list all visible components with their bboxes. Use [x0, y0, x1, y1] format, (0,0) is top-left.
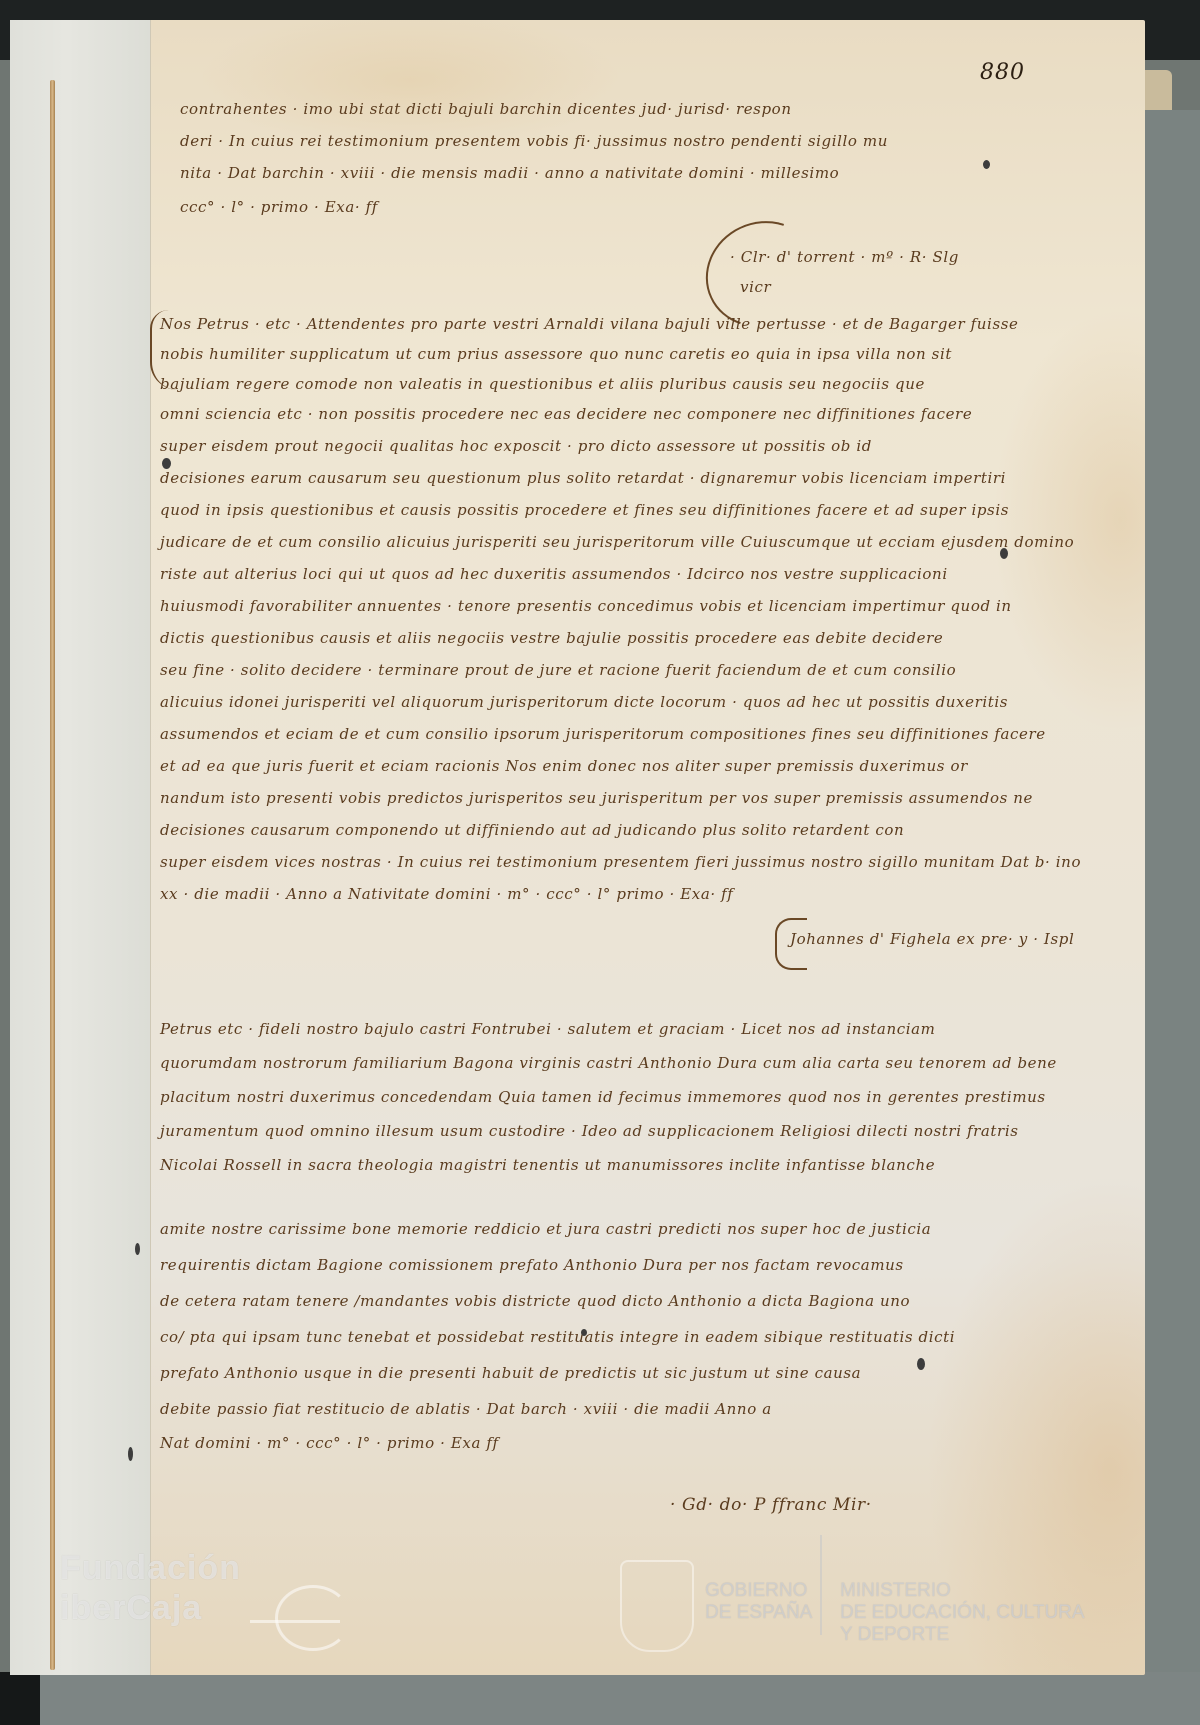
scanner-background-corner [0, 1672, 40, 1725]
ministerio-watermark: MINISTERIO DE EDUCACIÓN, CULTURA Y DEPOR… [840, 1580, 1085, 1646]
fundacion-ibercaja-watermark: Fundación iberCaja [60, 1548, 241, 1628]
manuscript-line: riste aut alterius loci qui ut quos ad h… [160, 565, 948, 583]
manuscript-line: assumendos et eciam de et cum consilio i… [160, 725, 1046, 743]
manuscript-line: xx · die madii · Anno a Nativitate domin… [160, 885, 733, 903]
worm-hole [917, 1358, 925, 1370]
worm-hole [128, 1447, 133, 1461]
manuscript-line: juramentum quod omnino illesum usum cust… [160, 1122, 1019, 1140]
manuscript-line: super eisdem prout negocii qualitas hoc … [160, 437, 872, 455]
ibercaja-logo-icon [275, 1585, 351, 1651]
chancery-note-line: vicr [740, 278, 771, 296]
manuscript-line: Nos Petrus · etc · Attendentes pro parte… [160, 315, 1019, 333]
manuscript-line: co/ pta qui ipsam tunc tenebat et possid… [160, 1328, 955, 1346]
manuscript-line: requirentis dictam Bagione comissionem p… [160, 1256, 904, 1274]
chancery-note-line: · Clr· d' torrent · mº · R· Slg [730, 248, 959, 266]
manuscript-line: Petrus etc · fideli nostro bajulo castri… [160, 1020, 936, 1038]
manuscript-line: et ad ea que juris fuerit et eciam racio… [160, 757, 968, 775]
manuscript-line: ccc° · l° · primo · Exa· ff [180, 198, 378, 216]
manuscript-line: decisiones earum causarum seu questionum… [160, 469, 1006, 487]
manuscript-line: judicare de et cum consilio alicuius jur… [160, 533, 1074, 551]
manuscript-line: de cetera ratam tenere /mandantes vobis … [160, 1292, 910, 1310]
watermark-text: DE ESPAÑA [705, 1602, 812, 1624]
paper-guard-strip [10, 20, 151, 1675]
manuscript-line: nandum isto presenti vobis predictos jur… [160, 789, 1033, 807]
manuscript-line: nobis humiliter supplicatum ut cum prius… [160, 345, 952, 363]
signature-text: Johannes d' Fighela ex pre· y · Ispl [790, 930, 1074, 948]
watermark-text: iberCaja [60, 1588, 241, 1628]
worm-hole [162, 458, 171, 469]
chancery-note: · Clr· d' torrent · mº · R· Slg vicr [710, 230, 1040, 320]
underlying-page-edge [1142, 70, 1172, 110]
scanner-background-right [1140, 110, 1200, 1725]
watermark-text: MINISTERIO [840, 1580, 1085, 1602]
manuscript-line: decisiones causarum componendo ut diffin… [160, 821, 904, 839]
manuscript-line: debite passio fiat restitucio de ablatis… [160, 1400, 772, 1418]
manuscript-line: alicuius idonei jurisperiti vel aliquoru… [160, 693, 1008, 711]
gobierno-watermark: GOBIERNO DE ESPAÑA [705, 1580, 812, 1624]
manuscript-line: contrahentes · imo ubi stat dicti bajuli… [180, 100, 792, 118]
binding-thread [50, 80, 55, 1670]
worm-hole [581, 1329, 587, 1336]
spain-coat-of-arms-icon [620, 1560, 694, 1652]
watermark-text: GOBIERNO [705, 1580, 812, 1602]
watermark-text: DE EDUCACIÓN, CULTURA [840, 1602, 1085, 1624]
manuscript-line: quorumdam nostrorum familiarium Bagona v… [160, 1054, 1057, 1072]
signature-text: · Gd· do· P ffranc Mir· [670, 1495, 872, 1515]
manuscript-line: placitum nostri duxerimus concedendam Qu… [160, 1088, 1046, 1106]
watermark-text: Y DEPORTE [840, 1624, 1085, 1646]
watermark-text: Fundación [60, 1548, 241, 1588]
worm-hole [135, 1243, 140, 1255]
worm-hole [983, 160, 990, 169]
folio-number: 880 [980, 60, 1025, 85]
worm-hole [1000, 548, 1008, 559]
manuscript-line: dictis questionibus causis et aliis nego… [160, 629, 943, 647]
manuscript-line: amite nostre carissime bone memorie redd… [160, 1220, 931, 1238]
manuscript-line: Nicolai Rossell in sacra theologia magis… [160, 1156, 935, 1174]
manuscript-line: prefato Anthonio usque in die presenti h… [160, 1364, 861, 1382]
manuscript-line: nita · Dat barchin · xviii · die mensis … [180, 164, 839, 182]
scanner-background-bottom [0, 1672, 1200, 1725]
manuscript-line: omni sciencia etc · non possitis procede… [160, 405, 972, 423]
watermark-divider [820, 1535, 822, 1635]
manuscript-line: deri · In cuius rei testimonium presente… [180, 132, 888, 150]
manuscript-line: bajuliam regere comode non valeatis in q… [160, 375, 925, 393]
ibercaja-logo-bar [250, 1620, 340, 1623]
manuscript-line: Nat domini · m° · ccc° · l° · primo · Ex… [160, 1434, 499, 1452]
manuscript-line: super eisdem vices nostras · In cuius re… [160, 853, 1081, 871]
manuscript-line: seu fine · solito decidere · terminare p… [160, 661, 956, 679]
manuscript-line: quod in ipsis questionibus et causis pos… [160, 501, 1009, 519]
manuscript-line: huiusmodi favorabiliter annuentes · teno… [160, 597, 1012, 615]
